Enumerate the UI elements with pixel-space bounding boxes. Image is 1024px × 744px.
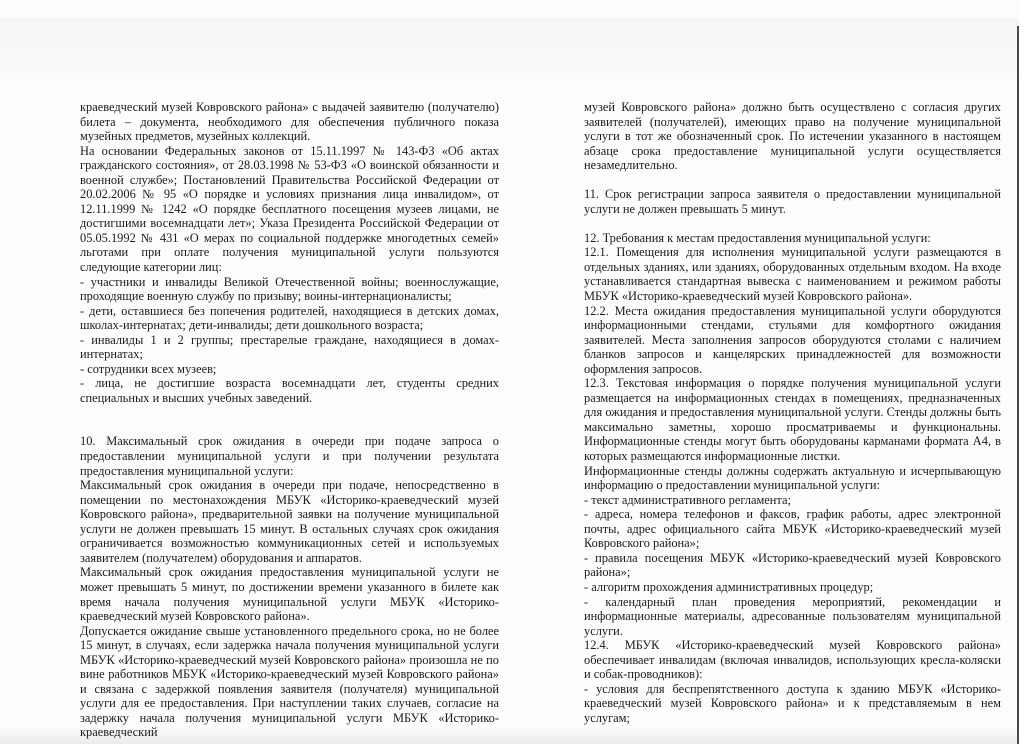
paragraph-gap [584, 216, 1001, 231]
section-10-heading: 10. Максимальный срок ожидания в очереди… [80, 434, 499, 478]
list-item-contacts: - адреса, номера телефонов и факсов, гра… [584, 507, 1001, 551]
paragraph-gap [80, 405, 499, 420]
right-page-column: музей Ковровского района» должно быть ос… [584, 100, 1001, 725]
list-item-children: - дети, оставшиеся без попечения родител… [80, 304, 499, 333]
section-11: 11. Срок регистрации запроса заявителя о… [584, 187, 1001, 216]
list-item-visit-rules: - правила посещения МБУК «Историко-краев… [584, 551, 1001, 580]
scanned-document-spread: краеведческий музей Ковровского района» … [0, 0, 1024, 744]
section-10-paragraph: Допускается ожидание свыше установленног… [80, 624, 499, 740]
section-12-4: 12.4. МБУК «Историко-краеведческий музей… [584, 638, 1001, 682]
scan-shadow-band [0, 18, 1024, 78]
paragraph-gap [80, 420, 499, 435]
scan-margin [1019, 0, 1024, 744]
section-12-heading: 12. Требования к местам предоставления м… [584, 231, 1001, 246]
list-item-procedures: - алгоритм прохождения административных … [584, 580, 1001, 595]
list-item-disabled: - инвалиды 1 и 2 группы; престарелые гра… [80, 333, 499, 362]
paragraph-continuation: краеведческий музей Ковровского района» … [80, 100, 499, 144]
list-item-accessibility: - условия для беспрепятственного доступа… [584, 682, 1001, 726]
section-10-paragraph: Максимальный срок ожидания предоставлени… [80, 565, 499, 623]
list-item-veterans: - участники и инвалиды Великой Отечестве… [80, 275, 499, 304]
left-page-column: краеведческий музей Ковровского района» … [80, 100, 499, 740]
paragraph-gap [584, 173, 1001, 188]
section-12-3: 12.3. Текстовая информация о порядке пол… [584, 376, 1001, 463]
section-12-2: 12.2. Места ожидания предоставления муни… [584, 304, 1001, 377]
info-stands-paragraph: Информационные стенды должны содержать а… [584, 464, 1001, 493]
list-item-minors-students: - лица, не достигшие возраста восемнадца… [80, 376, 499, 405]
list-item-regulation-text: - текст административного регламента; [584, 493, 1001, 508]
section-10-paragraph: Максимальный срок ожидания в очереди при… [80, 478, 499, 565]
paragraph-continuation: музей Ковровского района» должно быть ос… [584, 100, 1001, 173]
list-item-event-calendar: - календарный план проведения мероприяти… [584, 595, 1001, 639]
section-12-1: 12.1. Помещения для исполнения муниципал… [584, 245, 1001, 303]
paragraph-legal-basis: На основании Федеральных законов от 15.1… [80, 144, 499, 275]
list-item-museum-staff: - сотрудники всех музеев; [80, 362, 499, 377]
